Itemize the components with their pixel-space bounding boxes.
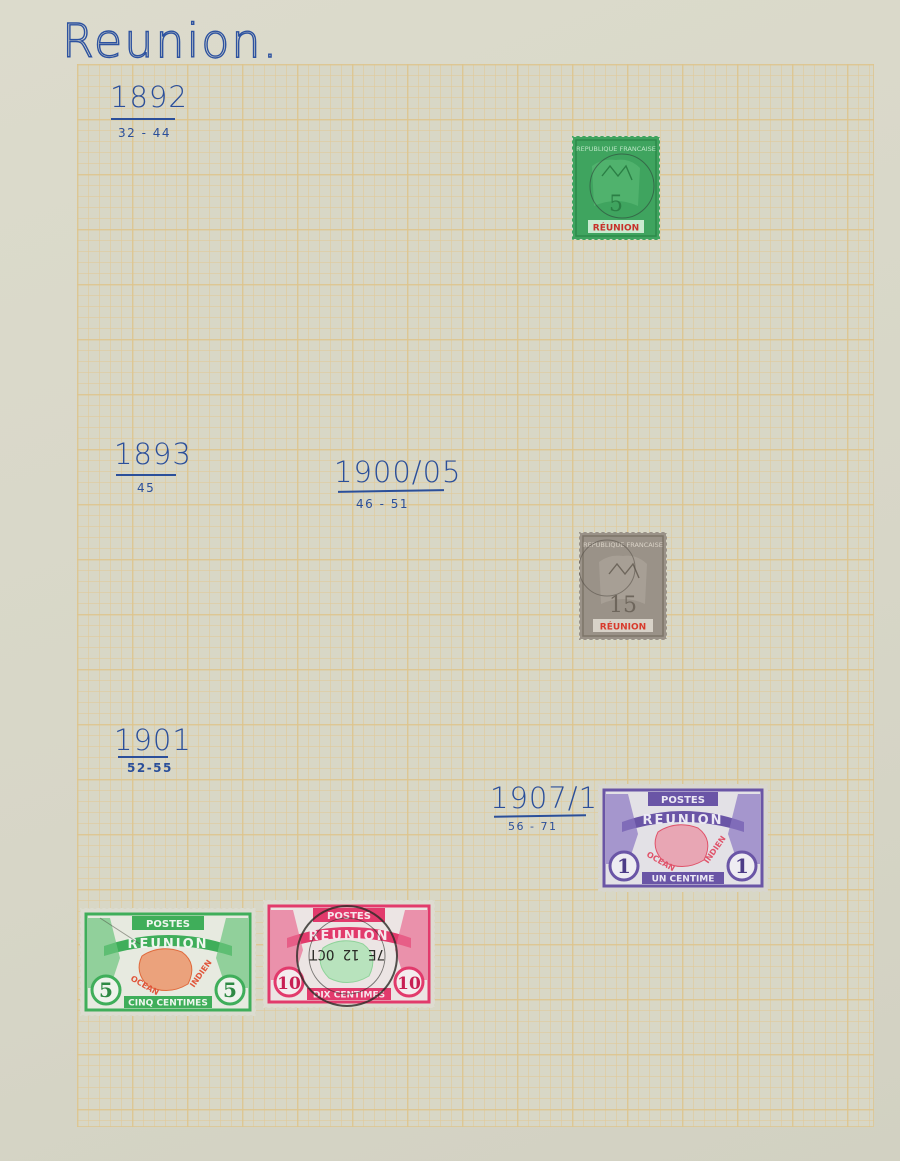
stamp-carmine-10c-1907: POSTES REUNION 10 10 DIX CENTIMES 7E 12 … — [263, 900, 435, 1008]
stamp-value-left: 10 — [277, 974, 301, 994]
catalogue-range-1900-05: 46 - 51 — [356, 497, 409, 511]
stamp-value: 15 — [609, 593, 637, 618]
catalogue-range-1892: 32 - 44 — [118, 126, 171, 140]
catalogue-range-1901: 52-55 — [127, 761, 173, 775]
stamp-grey-15c-1900: REPUBLIQUE FRANCAISE 15 RÉUNION — [579, 532, 667, 640]
stamp-top-text: POSTES — [661, 795, 705, 806]
stamp-value-right: 1 — [735, 854, 749, 878]
section-year-1893: 1893 — [114, 437, 192, 471]
postmark-date: 7E 12 OCT — [309, 946, 385, 962]
catalogue-range-1893: 45 — [137, 481, 155, 495]
stamp-country: RÉUNION — [593, 222, 639, 234]
stamp-value-right: 10 — [397, 974, 421, 994]
stamp-green-5c-1892: REPUBLIQUE FRANCAISE 5 RÉUNION — [572, 136, 660, 240]
stamp-value-left: 1 — [617, 854, 631, 878]
stamp-value-right: 5 — [223, 978, 237, 1002]
year-underline — [111, 118, 175, 120]
stamp-violet-1c-1907: POSTES REUNION OCEAN INDIEN 1 1 UN CENTI… — [598, 784, 768, 892]
stamp-country: RÉUNION — [600, 621, 646, 633]
year-underline — [118, 756, 168, 758]
album-page: Reunion. 1892 32 - 44 1893 45 1900/05 46… — [0, 0, 900, 1161]
stamp-header-text: REPUBLIQUE FRANCAISE — [576, 145, 656, 153]
stamp-green-5c-1907: POSTES REUNION OCEAN INDIEN 5 5 CINQ CEN… — [80, 908, 256, 1016]
year-underline — [116, 474, 176, 476]
section-year-1892: 1892 — [110, 80, 188, 114]
stamp-denomination: UN CENTIME — [652, 875, 715, 885]
section-year-1901: 1901 — [114, 723, 192, 757]
stamp-top-text: POSTES — [146, 919, 190, 930]
catalogue-range-1907-17: 56 - 71 — [508, 820, 557, 833]
section-year-1900-05: 1900/05 — [334, 455, 461, 489]
page-title: Reunion. — [62, 14, 279, 68]
stamp-value: 5 — [609, 192, 623, 217]
stamp-denomination: CINQ CENTIMES — [128, 999, 208, 1009]
stamp-value-left: 5 — [99, 978, 113, 1002]
